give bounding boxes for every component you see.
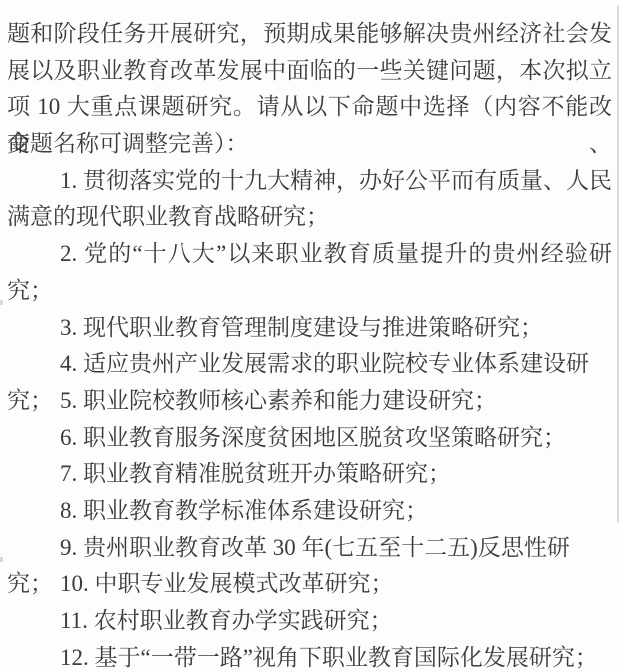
list-item-line: 5. 职业院校教师核心素养和能力建设研究； <box>7 383 612 420</box>
list-item-line: 9. 贵州职业教育改革 30 年(七五至十二五)反思性研究； <box>7 530 612 567</box>
scan-artifact-line <box>617 6 619 522</box>
list-item-line: 4. 适应贵州产业发展需求的职业院校专业体系建设研究； <box>7 346 612 383</box>
list-item-line: 7. 职业教育精准脱贫班开办策略研究； <box>7 456 612 493</box>
list-item-line: 3. 现代职业教育管理制度建设与推进策略研究； <box>7 310 612 347</box>
list-item-line: 11. 农村职业教育办学实践研究； <box>7 603 612 640</box>
list-item-line: 8. 职业教育教学标准体系建设研究； <box>7 493 612 530</box>
scan-artifact-speck <box>0 300 3 305</box>
list-item-line: 究； <box>7 273 612 310</box>
list-item-line: 2. 党的“十八大”以来职业教育质量提升的贵州经验研 <box>7 236 612 273</box>
scan-artifact-speck <box>0 557 3 562</box>
scanned-document-page: 题和阶段任务开展研究，预期成果能够解决贵州经济社会发 展以及职业教育改革发展中面… <box>0 0 623 672</box>
list-item-line: 1. 贯彻落实党的十九大精神，办好公平而有质量、人民 <box>7 163 612 200</box>
text-line: 展以及职业教育改革发展中面临的一些关键问题，本次拟立 <box>7 53 612 90</box>
list-item-line: 6. 职业教育服务深度贫困地区脱贫攻坚策略研究； <box>7 420 612 457</box>
list-item-line: 12. 基于“一带一路”视角下职业教育国际化发展研究； <box>7 640 612 672</box>
list-item-line: 满意的现代职业教育战略研究； <box>7 199 612 236</box>
list-item-line: 10. 中职专业发展模式改革研究； <box>7 566 612 603</box>
text-line: 项 10 大重点课题研究。请从以下命题中选择（内容不能改变、 <box>7 89 612 126</box>
text-line: 题和阶段任务开展研究，预期成果能够解决贵州经济社会发 <box>7 16 612 53</box>
document-text-block: 题和阶段任务开展研究，预期成果能够解决贵州经济社会发 展以及职业教育改革发展中面… <box>7 16 612 672</box>
